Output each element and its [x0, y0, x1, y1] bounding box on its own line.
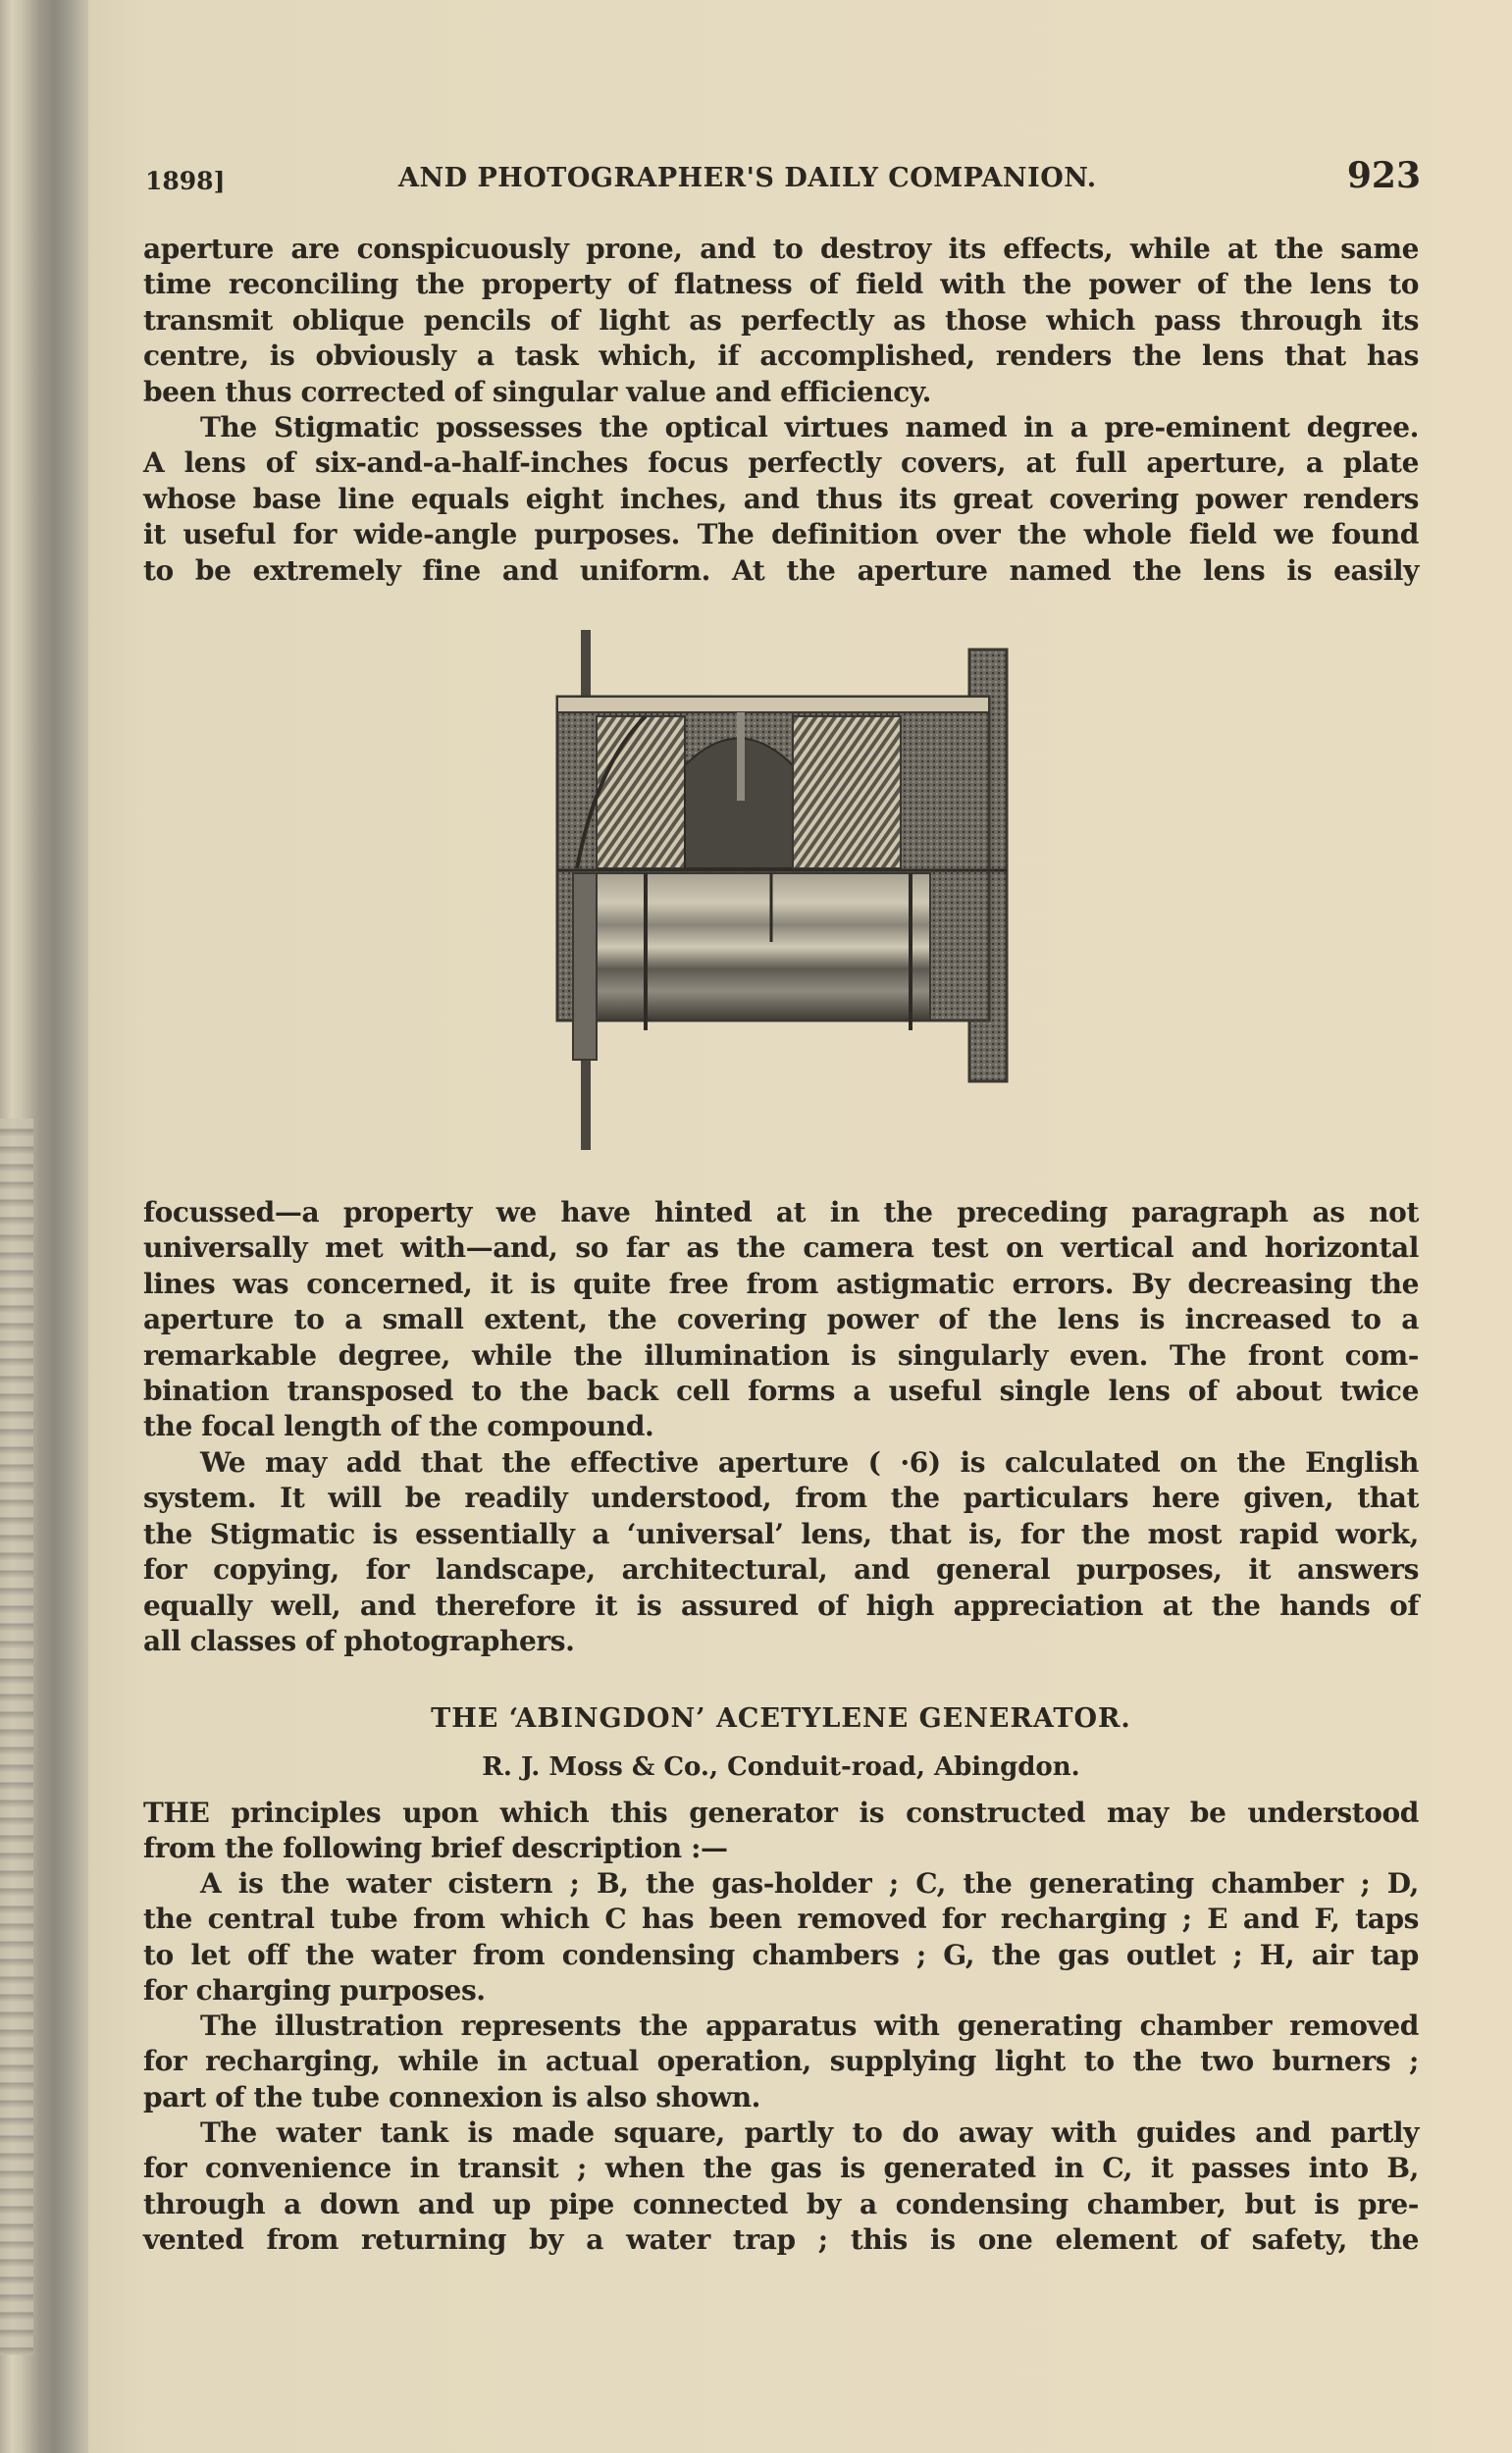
text-line: focussed—a property we have hinted at in… — [143, 1195, 1419, 1230]
text-line: the Stigmatic is essentially a ‘universa… — [143, 1517, 1419, 1552]
page-number: 923 — [1347, 155, 1421, 196]
text-line: The water tank is made square, partly to… — [143, 2115, 1419, 2151]
text-line: time reconciling the property of flatnes… — [143, 267, 1419, 302]
text-line: system. It will be readily understood, f… — [143, 1481, 1419, 1516]
text-line: The illustration represents the apparatu… — [143, 2009, 1419, 2044]
text-line: all classes of photographers. — [143, 1624, 1419, 1659]
text-line: vented from returning by a water trap ; … — [143, 2222, 1419, 2258]
text-line: A lens of six-and-a-half-inches focus pe… — [143, 445, 1419, 481]
text-line: from the following brief description :— — [143, 1831, 1419, 1866]
paragraph-continuation: aperture are conspicuously prone, and to… — [143, 232, 1419, 410]
text-line: The Stigmatic possesses the optical virt… — [143, 410, 1419, 445]
text-line: remarkable degree, while the illuminatio… — [143, 1338, 1419, 1374]
text-line: aperture are conspicuously prone, and to… — [143, 232, 1419, 267]
text-line: for convenience in transit ; when the ga… — [143, 2151, 1419, 2186]
paragraph-stigmatic-virtues: The Stigmatic possesses the optical virt… — [143, 410, 1419, 589]
text-line: lines was concerned, it is quite free fr… — [143, 1267, 1419, 1302]
paragraph-effective-aperture: We may add that the effective aperture (… — [143, 1445, 1419, 1659]
text-line: THE principles upon which this generator… — [143, 1796, 1419, 1831]
running-head: 1898] AND PHOTOGRAPHER'S DAILY COMPANION… — [145, 157, 1421, 196]
text-line: the central tube from which C has been r… — [143, 1902, 1419, 1937]
text-line: to let off the water from condensing cha… — [143, 1938, 1419, 1973]
text-line: part of the tube connexion is also shown… — [143, 2080, 1419, 2115]
text-line: bination transposed to the back cell for… — [143, 1374, 1419, 1409]
text-line: for charging purposes. — [143, 1973, 1419, 2009]
paragraph-principles: THE principles upon which this generator… — [143, 1796, 1419, 1867]
running-head-year: 1898] — [145, 167, 225, 195]
text-line: whose base line equals eight inches, and… — [143, 482, 1419, 517]
section-title: THE ‘ABINGDON’ ACETYLENE GENERATOR. — [143, 1703, 1419, 1734]
paragraph-focussing: focussed—a property we have hinted at in… — [143, 1195, 1419, 1445]
text-line: the focal length of the compound. — [143, 1409, 1419, 1444]
text-line: universally met with—and, so far as the … — [143, 1230, 1419, 1266]
text-line: through a down and up pipe connected by … — [143, 2187, 1419, 2222]
paragraph-illustration-note: The illustration represents the apparatu… — [143, 2009, 1419, 2115]
lens-section-drawing-icon — [538, 618, 1018, 1168]
text-line: We may add that the effective aperture (… — [143, 1445, 1419, 1481]
text-line: centre, is obviously a task which, if ac… — [143, 339, 1419, 374]
text-line: equally well, and therefore it is assure… — [143, 1589, 1419, 1624]
text-line: aperture to a small extent, the covering… — [143, 1302, 1419, 1337]
text-line: for copying, for landscape, architectura… — [143, 1552, 1419, 1588]
section-subtitle: R. J. Moss & Co., Conduit-road, Abingdon… — [143, 1752, 1419, 1782]
lens-illustration — [538, 618, 1018, 1168]
text-line: to be extremely fine and uniform. At the… — [143, 553, 1419, 589]
paragraph-component-key: A is the water cistern ; B, the gas-hold… — [143, 1866, 1419, 2009]
text-line: it useful for wide-angle purposes. The d… — [143, 517, 1419, 552]
text-line: transmit oblique pencils of light as per… — [143, 303, 1419, 339]
text-line: for recharging, while in actual operatio… — [143, 2044, 1419, 2079]
facing-page-edge — [0, 1119, 33, 2355]
paragraph-water-tank: The water tank is made square, partly to… — [143, 2115, 1419, 2259]
text-line: been thus corrected of singular value an… — [143, 375, 1419, 410]
text-line: A is the water cistern ; B, the gas-hold… — [143, 1866, 1419, 1902]
running-head-title: AND PHOTOGRAPHER'S DAILY COMPANION. — [398, 163, 1097, 193]
